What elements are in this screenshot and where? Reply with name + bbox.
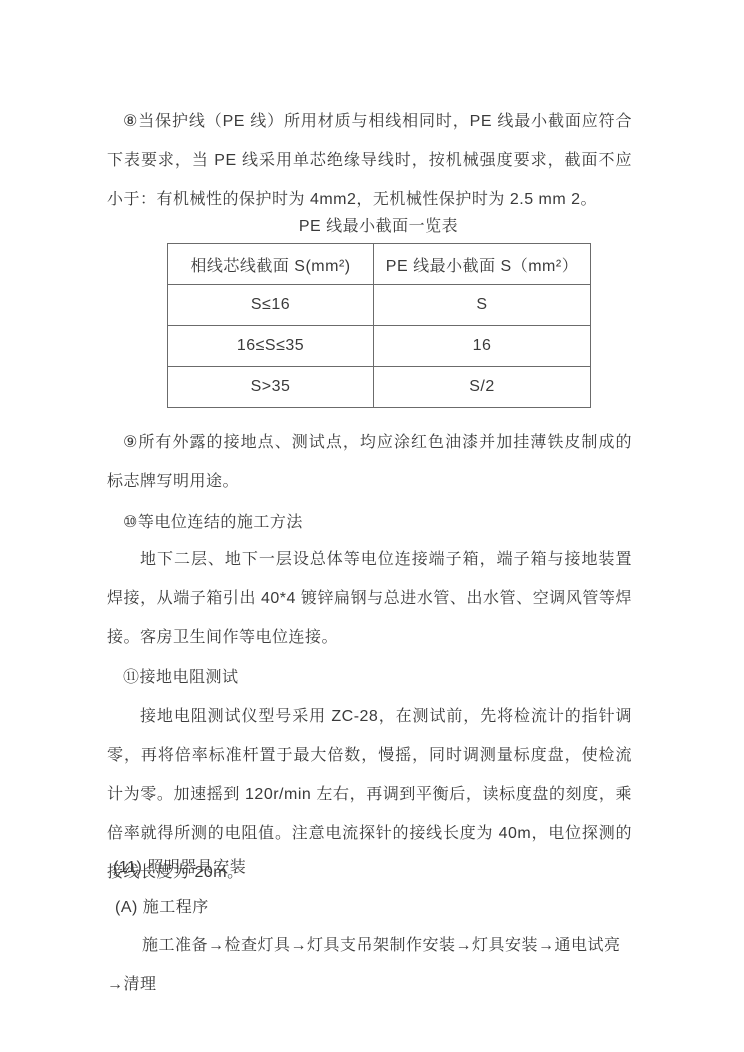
- para-equipotential-body: 地下二层、地下一层设总体等电位连接端子箱，端子箱与接地装置焊接，从端子箱引出 4…: [107, 540, 632, 657]
- table-row: S≤16 S: [168, 285, 591, 326]
- table-title: PE 线最小截面一览表: [167, 211, 590, 243]
- table-header-pe-section: PE 线最小截面 S（mm²）: [374, 244, 591, 285]
- heading-ground-resistance-test: ⑪接地电阻测试: [107, 658, 632, 697]
- table-cell: S>35: [168, 367, 374, 408]
- heading-lighting-installation: (11) 照明器具安装: [107, 848, 632, 887]
- table-cell: 16≤S≤35: [168, 326, 374, 367]
- table-cell: S: [374, 285, 591, 326]
- table-cell: S≤16: [168, 285, 374, 326]
- para-procedure-flow: 施工准备→检查灯具→灯具支吊架制作安装→灯具安装→通电试亮→清理: [107, 926, 632, 1004]
- table-row: S>35 S/2: [168, 367, 591, 408]
- pe-min-section-table: 相线芯线截面 S(mm²) PE 线最小截面 S（mm²） S≤16 S 16≤…: [167, 243, 591, 408]
- heading-equipotential-method: ⑩等电位连结的施工方法: [107, 503, 632, 542]
- para-exposed-grounding-points: ⑨所有外露的接地点、测试点，均应涂红色油漆并加挂薄铁皮制成的标志牌写明用途。: [107, 423, 632, 501]
- heading-construction-procedure: (A) 施工程序: [107, 888, 632, 927]
- table-row: 16≤S≤35 16: [168, 326, 591, 367]
- para-pe-wire-requirements: ⑧当保护线（PE 线）所用材质与相线相同时，PE 线最小截面应符合下表要求，当 …: [107, 102, 632, 219]
- table-header-phase-section: 相线芯线截面 S(mm²): [168, 244, 374, 285]
- document-page: ⑧当保护线（PE 线）所用材质与相线相同时，PE 线最小截面应符合下表要求，当 …: [0, 0, 744, 1052]
- table-header-row: 相线芯线截面 S(mm²) PE 线最小截面 S（mm²）: [168, 244, 591, 285]
- table-cell: 16: [374, 326, 591, 367]
- table-cell: S/2: [374, 367, 591, 408]
